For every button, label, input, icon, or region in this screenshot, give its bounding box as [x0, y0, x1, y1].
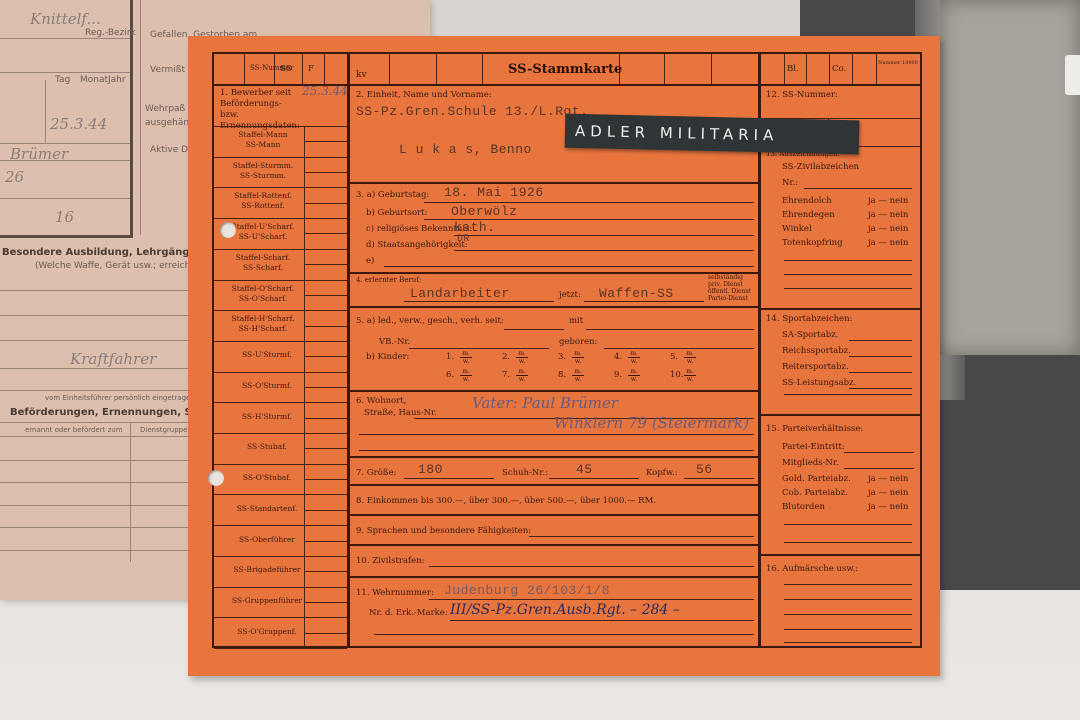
- income-label: 8. Einkommen bis 300.—, über 300.—, über…: [356, 496, 656, 506]
- award-yes-no: ja — nein: [868, 224, 908, 234]
- rank-label: Staffel-Scharf.SS-Scharf.: [224, 253, 302, 273]
- section2-name: L u k a s, Benno: [399, 142, 532, 157]
- born-label: geboren:: [559, 337, 597, 347]
- child-gender-fraction: m.w.: [628, 368, 640, 383]
- rank-label: SS-Standartenf.: [228, 504, 306, 514]
- header-cell-co: Co.: [832, 64, 846, 74]
- citizenship-value: DR: [457, 234, 470, 245]
- child-gender-fraction: m.w.: [516, 368, 528, 383]
- award-yes-no: ja — nein: [868, 238, 908, 248]
- child-number: 7.: [502, 370, 510, 380]
- id-tag-value: III/SS-Pz.Gren.Ausb.Rgt. – 284 –: [450, 602, 680, 618]
- marital-label: 5. a) led., verw., gesch., verh. seit:: [356, 316, 504, 326]
- head-label: Kopfw.:: [646, 468, 678, 478]
- child-number: 4.: [614, 352, 622, 362]
- rank-name: SS-O'Sturmf.: [228, 381, 306, 391]
- section12-label: 12. SS-Nummer:: [766, 90, 838, 100]
- child-gender-fraction: m.w.: [684, 350, 696, 365]
- child-gender-fraction: m.w.: [572, 350, 584, 365]
- section15-label: 15. Parteiverhältnisse:: [766, 424, 863, 434]
- service-number-value: Judenburg 26/103/1/8: [444, 583, 610, 598]
- rank-name: SS-Rottenf.: [224, 201, 302, 211]
- rank-name: SS-Sturmm.: [224, 171, 302, 181]
- residence-label-2: Straße, Haus-Nr.: [364, 408, 437, 418]
- rank-label: SS-O'Gruppenf.: [228, 627, 306, 637]
- punch-hole-bottom: [208, 470, 224, 486]
- children-label: b) Kinder:: [366, 352, 409, 362]
- rank-label: SS-Stubaf.: [228, 442, 306, 452]
- rank-name: SS-Oberführer: [228, 535, 306, 545]
- child-gender-fraction: m.w.: [684, 368, 696, 383]
- rank-label: Staffel-H'Scharf.SS-H'Scharf.: [224, 314, 302, 334]
- birthday-label: 3. a) Geburtstag:: [356, 190, 429, 200]
- residence-value-1: Vater: Paul Brümer: [472, 394, 618, 412]
- bg-label: ernannt oder befördert zum: [25, 426, 123, 434]
- now-value: Waffen-SS: [599, 286, 674, 301]
- award-name: Winkel: [782, 224, 812, 234]
- rank-name: SS-O'Scharf.: [224, 294, 302, 304]
- child-number: 3.: [558, 352, 566, 362]
- head-value: 56: [696, 462, 713, 477]
- section2-unit: SS-Pz.Gren.Schule 13./L.Rgt.: [356, 104, 588, 119]
- membership-nr-label: Mitglieds-Nr.: [782, 458, 839, 468]
- rank-label: Staffel-MannSS-Mann: [224, 130, 302, 150]
- header-cell-f: F: [308, 64, 314, 74]
- rank-name: SS-Gruppenführer: [228, 596, 306, 606]
- child-number: 5.: [670, 352, 678, 362]
- child-number: 9.: [614, 370, 622, 380]
- employment-type-options: selbständig priv. Dienst öffentl. Dienst…: [708, 274, 756, 302]
- party-item-yes-no: ja — nein: [868, 502, 908, 512]
- rank-label: SS-U'Sturmf.: [228, 350, 306, 360]
- header-cell-ss: SS: [280, 64, 292, 74]
- sport-badge-label: Reitersportabz.: [782, 362, 849, 372]
- rank-name: Staffel-Scharf.: [224, 253, 302, 263]
- birthplace-value: Oberwölz: [451, 204, 517, 219]
- bg-label: Tag: [55, 75, 70, 85]
- now-label: jetzt:: [559, 290, 581, 300]
- rank-label: SS-O'Stubaf.: [228, 473, 306, 483]
- award-name: Ehrendegen: [782, 210, 835, 220]
- bg-label: vom Einheitsführer persönlich eingetrage…: [45, 394, 195, 402]
- rank-name: Staffel-Mann: [224, 130, 302, 140]
- rank-name: SS-Mann: [224, 140, 302, 150]
- rank-name: SS-H'Sturmf.: [228, 412, 306, 422]
- card-title: SS-Stammkarte: [508, 62, 622, 77]
- award-yes-no: ja — nein: [868, 210, 908, 220]
- option-public: öffentl. Dienst: [708, 288, 756, 295]
- rank-label: SS-Gruppenführer: [228, 596, 306, 606]
- civil-badge-nr-label: Nr.:: [782, 178, 798, 188]
- birthplace-label: b) Geburtsort:: [366, 208, 428, 218]
- rank-label: SS-H'Sturmf.: [228, 412, 306, 422]
- bg-handwriting-1: Knittelf...: [30, 10, 101, 28]
- rank-label: Staffel-Sturmm.SS-Sturmm.: [224, 161, 302, 181]
- shoe-value: 45: [576, 462, 593, 477]
- languages-label: 9. Sprachen und besondere Fähigkeiten:: [356, 526, 531, 536]
- section1-value: 25.3.44: [302, 84, 348, 98]
- rank-name: SS-Scharf.: [224, 263, 302, 273]
- civil-penalties-label: 10. Zivilstrafen:: [356, 556, 425, 566]
- rank-label: Staffel-Rottenf.SS-Rottenf.: [224, 191, 302, 211]
- child-number: 2.: [502, 352, 510, 362]
- bg-handwriting-3: Brümer: [10, 145, 68, 163]
- rank-name: Staffel-H'Scharf.: [224, 314, 302, 324]
- child-number: 8.: [558, 370, 566, 380]
- rank-name: SS-H'Scharf.: [224, 324, 302, 334]
- rank-label: Staffel-O'Scharf.SS-O'Scharf.: [224, 284, 302, 304]
- bg-label: Reg.-Bezirk: [85, 28, 136, 38]
- header-cell-nummer: Nummer 10000: [878, 60, 918, 66]
- rank-name: SS-U'Scharf.: [224, 232, 302, 242]
- section16-label: 16. Aufmärsche usw.:: [766, 564, 858, 574]
- option-selbstaendig: selbständig: [708, 274, 756, 281]
- party-item-name: Gold. Parteiabz.: [782, 474, 851, 484]
- award-name: Ehrendolch: [782, 196, 832, 206]
- id-tag-label: Nr. d. Erk.-Marke:: [369, 608, 448, 618]
- adler-militaria-label-tape: ADLER MILITARIA: [565, 114, 860, 155]
- party-item-name: Blutorden: [782, 502, 825, 512]
- punch-hole-top: [220, 222, 236, 238]
- rank-name: Staffel-Sturmm.: [224, 161, 302, 171]
- section2-label: 2. Einheit, Name und Vorname:: [356, 90, 492, 100]
- child-number: 10.: [670, 370, 684, 380]
- service-number-label: 11. Wehrnummer:: [356, 588, 434, 598]
- rank-label: SS-Brigadeführer: [228, 565, 306, 575]
- child-number: 1.: [446, 352, 454, 362]
- religion-value: kath.: [454, 220, 496, 235]
- rank-name: SS-Standartenf.: [228, 504, 306, 514]
- child-gender-fraction: m.w.: [572, 368, 584, 383]
- party-item-yes-no: ja — nein: [868, 474, 908, 484]
- award-name: Totenkopfring: [782, 238, 843, 248]
- rank-name: SS-O'Gruppenf.: [228, 627, 306, 637]
- residence-label-1: 6. Wohnort,: [356, 396, 406, 406]
- bg-label: Dienstgruppe: [140, 426, 187, 434]
- bg-handwriting-4: 26: [5, 168, 24, 186]
- section4-label: 4. erlernter Beruf:: [356, 276, 421, 284]
- rank-name: Staffel-Rottenf.: [224, 191, 302, 201]
- rank-name: SS-Brigadeführer: [228, 565, 306, 575]
- party-item-name: Cob. Parteiabz.: [782, 488, 848, 498]
- sport-badge-label: SA-Sportabz.: [782, 330, 838, 340]
- bg-handwriting-5: 16: [55, 208, 74, 226]
- bg-handwriting-2: 25.3.44: [50, 115, 107, 133]
- sport-badge-label: SS-Leistungsabz.: [782, 378, 856, 388]
- shoe-label: Schuh-Nr.:: [502, 468, 548, 478]
- birthday-value: 18. Mai 1926: [444, 185, 544, 200]
- vb-label: VB.-Nr.: [379, 337, 410, 347]
- bg-label: Jahr: [108, 75, 126, 85]
- background-cloth-item: [940, 0, 1080, 355]
- sport-badge-label: Reichssportabz.: [782, 346, 851, 356]
- party-item-yes-no: ja — nein: [868, 488, 908, 498]
- award-yes-no: ja — nein: [868, 196, 908, 206]
- section14-label: 14. Sportabzeichen:: [766, 314, 852, 324]
- option-party: Partei-Dienst: [708, 295, 756, 302]
- price-tag: [1065, 55, 1080, 95]
- rank-name: SS-U'Sturmf.: [228, 350, 306, 360]
- child-gender-fraction: m.w.: [628, 350, 640, 365]
- residence-value-2: Winklern 79 (Steiermark): [554, 414, 749, 432]
- bg-handwriting-6: Kraftfahrer: [70, 350, 156, 368]
- child-gender-fraction: m.w.: [516, 350, 528, 365]
- bg-label: Monat: [80, 75, 108, 85]
- child-gender-fraction: m.w.: [460, 350, 472, 365]
- option-private: priv. Dienst: [708, 281, 756, 288]
- height-value: 180: [418, 462, 443, 477]
- rank-name: SS-Stubaf.: [228, 442, 306, 452]
- profession-value: Landarbeiter: [410, 286, 510, 301]
- rank-label: SS-O'Sturmf.: [228, 381, 306, 391]
- child-number: 6.: [446, 370, 454, 380]
- header-kv: kv: [356, 70, 367, 80]
- with-label: mit: [569, 316, 583, 326]
- rank-name: SS-O'Stubaf.: [228, 473, 306, 483]
- child-gender-fraction: m.w.: [460, 368, 472, 383]
- e-label: e): [366, 256, 374, 266]
- height-label: 7. Größe:: [356, 468, 396, 478]
- civil-badge-label: SS-Zivilabzeichen: [782, 162, 859, 172]
- header-cell-bl: Bl.: [787, 64, 799, 74]
- rank-name: Staffel-O'Scharf.: [224, 284, 302, 294]
- party-entry-label: Partei-Eintritt:: [782, 442, 845, 452]
- rank-label: SS-Oberführer: [228, 535, 306, 545]
- citizenship-label: d) Staatsangehörigkeit:: [366, 240, 468, 250]
